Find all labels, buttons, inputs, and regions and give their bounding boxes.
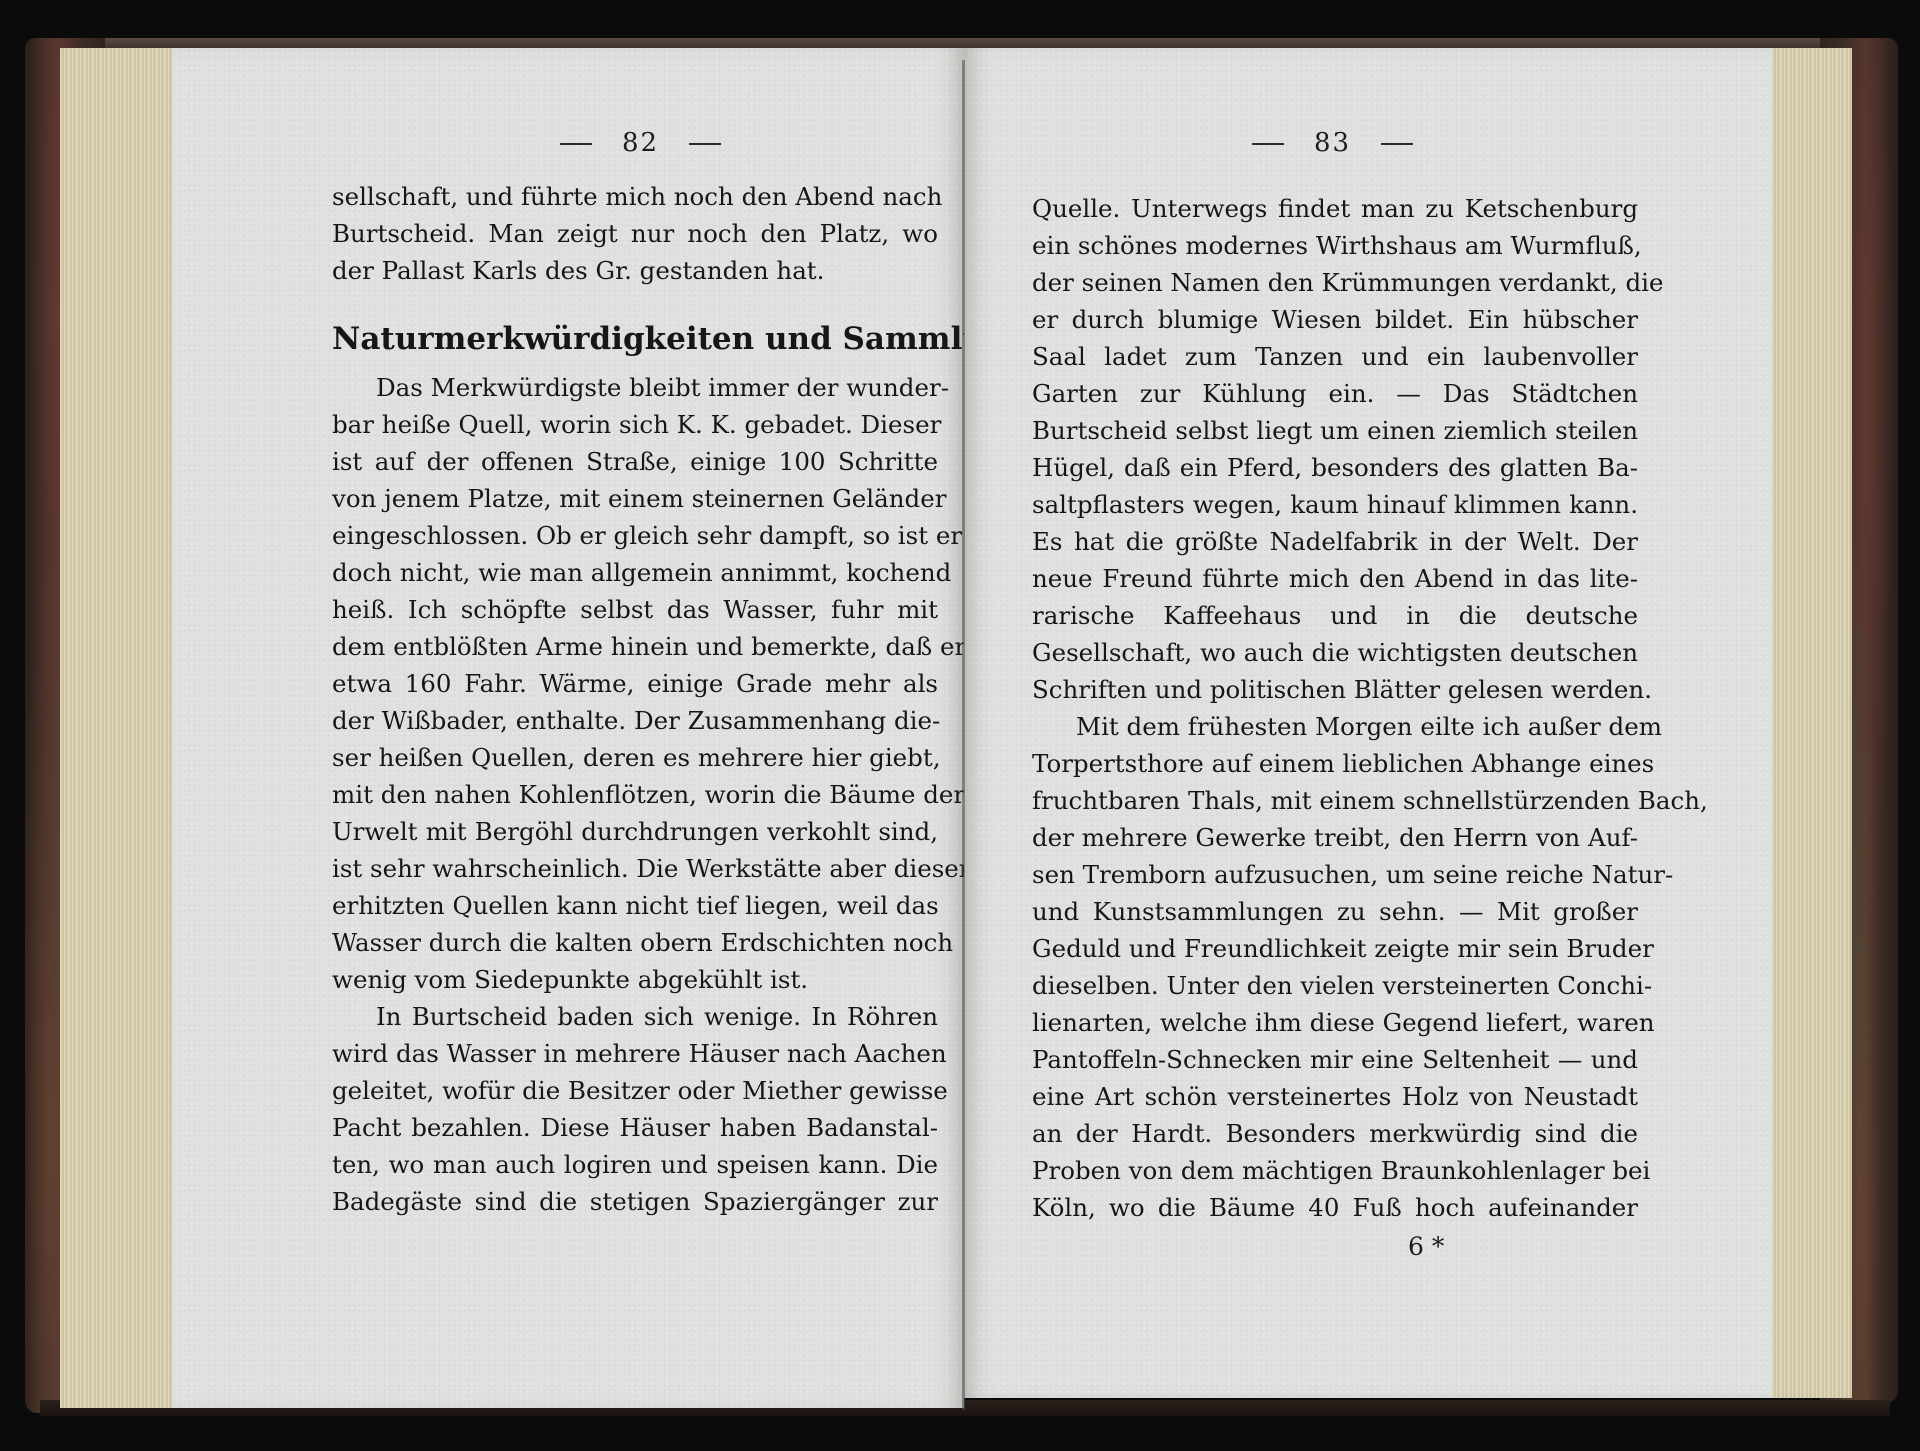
text-line: eine Art schön versteinertes Holz von Ne… (1032, 1078, 1638, 1115)
text-line: dieselben. Unter den vielen versteinerte… (1032, 967, 1638, 1004)
page-edges-right (1772, 48, 1852, 1398)
paragraph: Das Merkwürdigste bleibt immer der wunde… (332, 369, 938, 998)
text-line: Das Merkwürdigste bleibt immer der wunde… (332, 369, 938, 406)
text-line: bar heiße Quell, worin sich K. K. gebade… (332, 406, 938, 443)
text-line: lienarten, welche ihm diese Gegend liefe… (1032, 1004, 1638, 1041)
text-line: Hügel, daß ein Pferd, besonders des glat… (1032, 449, 1638, 486)
text-line: der Pallast Karls des Gr. gestanden hat. (332, 252, 938, 289)
text-line: doch nicht, wie man allgemein annimmt, k… (332, 554, 938, 591)
text-line: Proben von dem mächtigen Braunkohlenlage… (1032, 1152, 1638, 1189)
text-line: heiß. Ich schöpfte selbst das Wasser, fu… (332, 591, 938, 628)
text-line: Quelle. Unterwegs findet man zu Ketschen… (1032, 190, 1638, 227)
text-line: etwa 160 Fahr. Wärme, einige Grade mehr … (332, 665, 938, 702)
text-line: ten, wo man auch logiren und speisen kan… (332, 1146, 938, 1183)
page-number-dash-left (1252, 143, 1284, 145)
paragraph: In Burtscheid baden sich wenige. In Röhr… (332, 998, 938, 1220)
text-line: von jenem Platze, mit einem steinernen G… (332, 480, 938, 517)
text-line: der seinen Namen den Krümmungen verdankt… (1032, 264, 1638, 301)
text-line: sen Tremborn aufzusuchen, um seine reich… (1032, 856, 1638, 893)
text-line: rarische Kaffeehaus und in die deutsche (1032, 597, 1638, 634)
left-page-text: sellschaft, und führte mich noch den Abe… (332, 178, 938, 1220)
right-page-text: Quelle. Unterwegs findet man zu Ketschen… (1032, 190, 1638, 1226)
book-gutter (962, 60, 965, 1410)
left-page-number: 82 (530, 128, 751, 158)
paragraph: Mit dem frühesten Morgen eilte ich außer… (1032, 708, 1638, 1226)
text-line: Pantoffeln-Schnecken mir eine Seltenheit… (1032, 1041, 1638, 1078)
text-line: Torpertsthore auf einem lieblichen Abhan… (1032, 745, 1638, 782)
text-line: In Burtscheid baden sich wenige. In Röhr… (332, 998, 938, 1035)
open-book: 82 sellschaft, und führte mich noch den … (0, 0, 1920, 1451)
text-line: erhitzten Quellen kann nicht tief liegen… (332, 887, 938, 924)
section-heading: Naturmerkwürdigkeiten und Sammlungen. (332, 309, 938, 369)
text-line: Garten zur Kühlung ein. — Das Städtchen (1032, 375, 1638, 412)
text-line: wird das Wasser in mehrere Häuser nach A… (332, 1035, 938, 1072)
text-line: Urwelt mit Bergöhl durchdrungen verkohlt… (332, 813, 938, 850)
text-line: Wasser durch die kalten obern Erdschicht… (332, 924, 938, 961)
text-line: Burtscheid. Man zeigt nur noch den Platz… (332, 215, 938, 252)
page-number-text: 83 (1314, 128, 1351, 158)
text-line: Schriften und politischen Blätter gelese… (1032, 671, 1638, 708)
text-line: eingeschlossen. Ob er gleich sehr dampft… (332, 517, 938, 554)
text-line: Pacht bezahlen. Diese Häuser haben Badan… (332, 1109, 938, 1146)
text-line: geleitet, wofür die Besitzer oder Miethe… (332, 1072, 938, 1109)
text-line: ist sehr wahrscheinlich. Die Werkstätte … (332, 850, 938, 887)
page-number-text: 82 (622, 128, 659, 158)
text-line: dem entblößten Arme hinein und bemerkte,… (332, 628, 938, 665)
text-line: der mehrere Gewerke treibt, den Herrn vo… (1032, 819, 1638, 856)
text-line: Gesellschaft, wo auch die wichtigsten de… (1032, 634, 1638, 671)
text-line: an der Hardt. Besonders merkwürdig sind … (1032, 1115, 1638, 1152)
text-line: mit den nahen Kohlenflötzen, worin die B… (332, 776, 938, 813)
text-line: ein schönes modernes Wirthshaus am Wurmf… (1032, 227, 1638, 264)
right-page-number: 83 (1222, 128, 1443, 158)
text-line: Geduld und Freundlichkeit zeigte mir sei… (1032, 930, 1638, 967)
text-line: saltpflasters wegen, kaum hinauf klimmen… (1032, 486, 1638, 523)
text-line: neue Freund führte mich den Abend in das… (1032, 560, 1638, 597)
page-number-dash-right (1381, 143, 1413, 145)
text-line: Mit dem frühesten Morgen eilte ich außer… (1032, 708, 1638, 745)
text-line: Köln, wo die Bäume 40 Fuß hoch aufeinand… (1032, 1189, 1638, 1226)
text-line: wenig vom Siedepunkte abgekühlt ist. (332, 961, 938, 998)
page-number-dash-left (560, 143, 592, 145)
signature-mark: 6 * (1408, 1232, 1444, 1261)
paragraph: Quelle. Unterwegs findet man zu Ketschen… (1032, 190, 1638, 708)
text-line: und Kunstsammlungen zu sehn. — Mit große… (1032, 893, 1638, 930)
text-line: ser heißen Quellen, deren es mehrere hie… (332, 739, 938, 776)
text-line: ist auf der offenen Straße, einige 100 S… (332, 443, 938, 480)
text-line: fruchtbaren Thals, mit einem schnellstür… (1032, 782, 1638, 819)
text-line: der Wißbader, enthalte. Der Zusammenhang… (332, 702, 938, 739)
page-edges-left (60, 48, 172, 1408)
text-line: Es hat die größte Nadelfabrik in der Wel… (1032, 523, 1638, 560)
text-line: Saal ladet zum Tanzen und ein laubenvoll… (1032, 338, 1638, 375)
text-line: sellschaft, und führte mich noch den Abe… (332, 178, 938, 215)
text-line: Badegäste sind die stetigen Spaziergänge… (332, 1183, 938, 1220)
page-number-dash-right (689, 143, 721, 145)
text-line: Burtscheid selbst liegt um einen ziemlic… (1032, 412, 1638, 449)
text-line: er durch blumige Wiesen bildet. Ein hübs… (1032, 301, 1638, 338)
